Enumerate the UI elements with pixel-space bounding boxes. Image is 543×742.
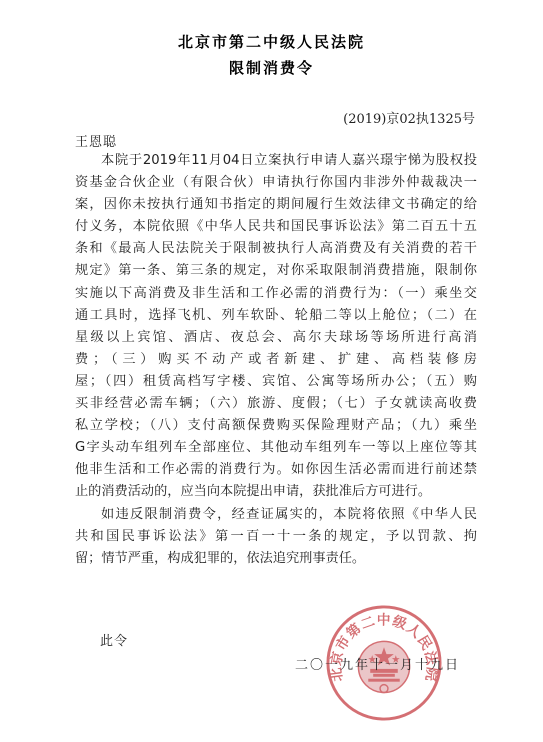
body-line: 买非经营必需车辆；（六）旅游、度假；（七）子女就读高收费 [75,393,477,415]
document-type-heading: 限制消费令 [0,57,543,78]
body-line: 如违反限制消费令，经查证属实的，本院将依照《中华人民 [75,504,477,526]
closing-phrase: 此令 [100,630,128,649]
court-name-heading: 北京市第二中级人民法院 [0,31,543,52]
body-line: 资基金合伙企业（有限合伙）申请执行你国内非涉外仲裁裁决一 [75,172,477,194]
body-line: 私立学校；（八）支付高额保费购买保险理财产品；（九）乘坐 [75,415,477,437]
addressee: 王恩聪 [75,131,117,150]
body-line: 实施以下高消费及非生活和工作必需的消费行为：（一）乘坐交 [75,283,477,305]
document-page: 北京市第二中级人民法院 限制消费令 (2019)京02执1325号 王恩聪 本院… [0,0,543,742]
issue-date: 二〇一九年十一月十九日 [295,654,460,673]
order-body: 本院于2019年11月04日立案执行申请人嘉兴璟宇悌为股权投 资基金合伙企业（有… [75,150,477,570]
body-line: 止的消费活动的，应当向本院提出申请，获批准后方可进行。 [75,481,477,503]
body-line: 屋；（四）租赁高档写字楼、宾馆、公寓等场所办公；（五）购 [75,371,477,393]
case-number: (2019)京02执1325号 [343,108,475,127]
body-line: 留；情节严重，构成犯罪的，依法追究刑事责任。 [75,548,477,570]
body-line: 本院于2019年11月04日立案执行申请人嘉兴璟宇悌为股权投 [75,150,477,172]
body-line: G字头动车组列车全部座位、其他动车组列车一等以上座位等其 [75,437,477,459]
body-line: 规定》第一条、第三条的规定，对你采取限制消费措施，限制你 [75,260,477,282]
body-line: 付义务，本院依照《中华人民共和国民事诉讼法》第二百五十五 [75,216,477,238]
body-line: 条和《最高人民法院关于限制被执行人高消费及有关消费的若干 [75,238,477,260]
body-line: 他非生活和工作必需的消费行为。如你因生活必需而进行前述禁 [75,459,477,481]
body-line: 费；（三）购买不动产或者新建、扩建、高档装修房 [75,349,477,371]
body-line: 通工具时，选择飞机、列车软卧、轮船二等以上舱位；（二）在 [75,305,477,327]
body-line: 共和国民事诉讼法》第一百一十一条的规定，予以罚款、拘 [75,526,477,548]
body-line: 星级以上宾馆、酒店、夜总会、高尔夫球场等场所进行高消 [75,327,477,349]
body-line: 案，因你未按执行通知书指定的期间履行生效法律文书确定的给 [75,194,477,216]
